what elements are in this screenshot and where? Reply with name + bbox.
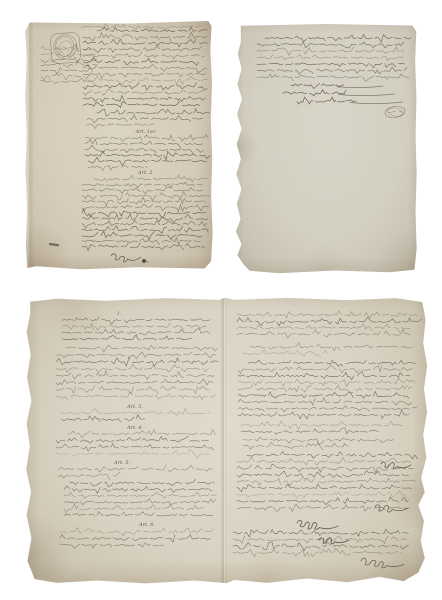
- paper-top-left: Art. 1er.Art. 2.: [25, 21, 213, 270]
- svg-text:Art. 3.: Art. 3.: [126, 404, 143, 410]
- svg-text:Art. 5.: Art. 5.: [113, 460, 130, 466]
- manuscript-sheet-top-left: Art. 1er.Art. 2.: [25, 21, 213, 270]
- svg-text:Art. 6.: Art. 6.: [138, 522, 155, 528]
- handwriting-layer-top-left: Art. 1er.Art. 2.: [25, 21, 213, 270]
- photograph-of-manuscripts: Art. 1er.Art. 2. 1.Art. 3.Art. 4.Art. 5.…: [0, 0, 442, 600]
- svg-text:Art. 2.: Art. 2.: [137, 170, 154, 176]
- paper-top-right: [233, 24, 417, 274]
- handwriting-layer-top-right: [233, 24, 417, 274]
- svg-text:1.: 1.: [117, 311, 122, 317]
- center-fold: [220, 297, 227, 584]
- manuscript-sheet-top-right: [233, 24, 417, 274]
- manuscript-bifolium-bottom: 1.Art. 3.Art. 4.Art. 5.Art. 6.: [25, 297, 428, 584]
- paper-bottom-spread: 1.Art. 3.Art. 4.Art. 5.Art. 6.: [25, 297, 428, 584]
- svg-text:Art. 1er.: Art. 1er.: [135, 129, 157, 135]
- svg-text:Art. 4.: Art. 4.: [126, 425, 143, 431]
